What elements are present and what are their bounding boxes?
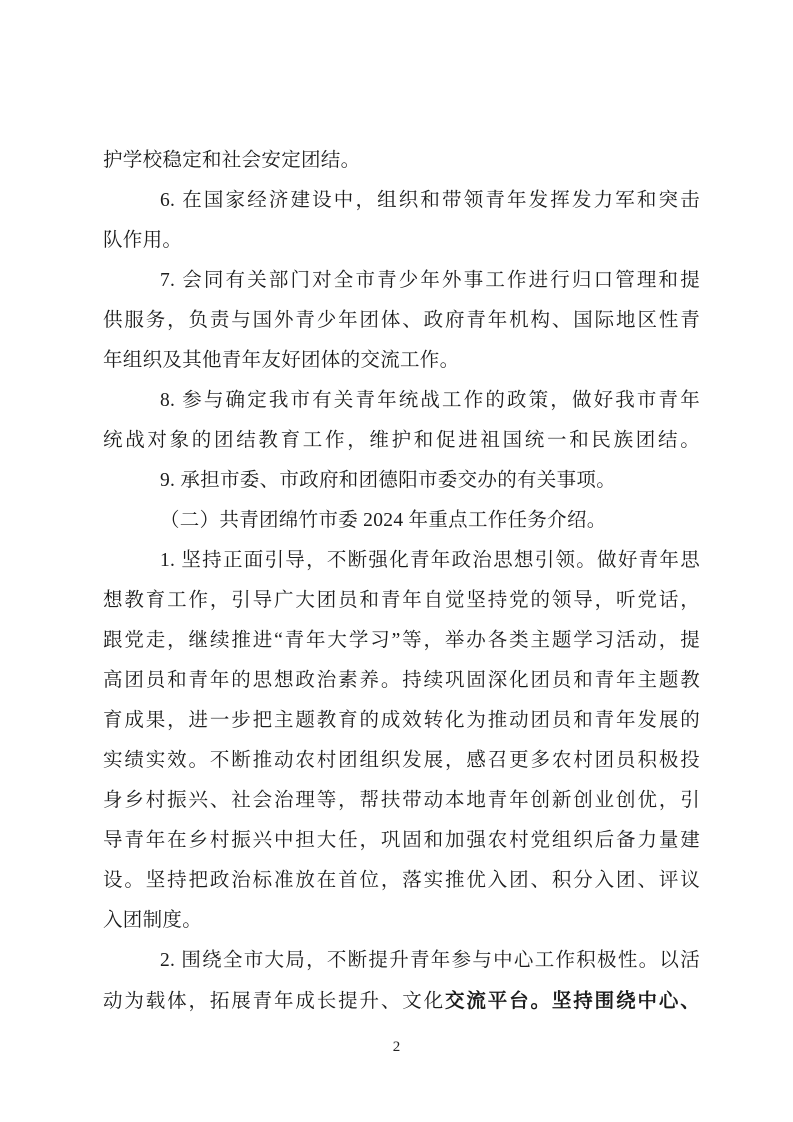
document-page: 护学校稳定和社会安定团结。6. 在国家经济建设中，组织和带领青年发挥发力军和突击… <box>0 0 793 1122</box>
text-segment: 供服务，负责与国外青少年团体、政府青年机构、国际地区性青 <box>103 310 700 331</box>
text-segment: 动为载体，拓展青年成长提升、文化 <box>103 991 445 1012</box>
text-line: 动为载体，拓展青年成长提升、文化交流平台。坚持围绕中心、 <box>103 981 700 1021</box>
text-segment: 9. 承担市委、市政府和团德阳市委交办的有关事项。 <box>160 470 616 491</box>
text-segment: 8. 参与确定我市有关青年统战工作的政策，做好我市青年 <box>160 390 700 411</box>
text-line: 7. 会同有关部门对全市青少年外事工作进行归口管理和提 <box>103 261 700 301</box>
text-line: 6. 在国家经济建设中，组织和带领青年发挥发力军和突击 <box>103 181 700 221</box>
text-line: 9. 承担市委、市政府和团德阳市委交办的有关事项。 <box>103 461 700 501</box>
text-line: 1. 坚持正面引导，不断强化青年政治思想引领。做好青年思 <box>103 541 700 581</box>
text-segment: 队作用。 <box>103 230 182 251</box>
document-text: 护学校稳定和社会安定团结。6. 在国家经济建设中，组织和带领青年发挥发力军和突击… <box>103 141 700 1021</box>
text-segment: 导青年在乡村振兴中担大任，巩固和加强农村党组织后备力量建 <box>103 830 700 851</box>
text-segment: 7. 会同有关部门对全市青少年外事工作进行归口管理和提 <box>160 270 700 291</box>
text-segment: 想教育工作，引导广大团员和青年自觉坚持党的领导，听党话， <box>103 590 700 611</box>
text-segment: 跟党走，继续推进“青年大学习”等，举办各类主题学习活动，提 <box>103 630 700 651</box>
text-line: 年组织及其他青年友好团体的交流工作。 <box>103 341 700 381</box>
text-segment: 6. 在国家经济建设中，组织和带领青年发挥发力军和突击 <box>160 190 700 211</box>
text-line: 想教育工作，引导广大团员和青年自觉坚持党的领导，听党话， <box>103 581 700 621</box>
text-segment: 身乡村振兴、社会治理等，帮扶带动本地青年创新创业创优，引 <box>103 790 700 811</box>
text-line: 统战对象的团结教育工作，维护和促进祖国统一和民族团结。 <box>103 421 700 461</box>
text-line: 供服务，负责与国外青少年团体、政府青年机构、国际地区性青 <box>103 301 700 341</box>
page-number: 2 <box>0 1036 793 1058</box>
text-segment: （二）共青团绵竹市委 2024 年重点工作任务介绍。 <box>160 510 607 531</box>
text-line: 育成果，进一步把主题教育的成效转化为推动团员和青年发展的 <box>103 701 700 741</box>
text-segment: 2. 围绕全市大局，不断提升青年参与中心工作积极性。以活 <box>160 950 700 971</box>
text-segment: 1. 坚持正面引导，不断强化青年政治思想引领。做好青年思 <box>160 550 700 571</box>
text-line: 跟党走，继续推进“青年大学习”等，举办各类主题学习活动，提 <box>103 621 700 661</box>
section-heading-line: （二）共青团绵竹市委 2024 年重点工作任务介绍。 <box>103 501 700 541</box>
text-line: 高团员和青年的思想政治素养。持续巩固深化团员和青年主题教 <box>103 661 700 701</box>
text-segment: 护学校稳定和社会安定团结。 <box>103 150 360 171</box>
text-line: 身乡村振兴、社会治理等，帮扶带动本地青年创新创业创优，引 <box>103 781 700 821</box>
text-segment: 入团制度。 <box>103 910 202 931</box>
text-line: 导青年在乡村振兴中担大任，巩固和加强农村党组织后备力量建 <box>103 821 700 861</box>
text-segment: 设。坚持把政治标准放在首位，落实推优入团、积分入团、评议 <box>103 870 700 891</box>
text-line: 2. 围绕全市大局，不断提升青年参与中心工作积极性。以活 <box>103 941 700 981</box>
text-segment: 年组织及其他青年友好团体的交流工作。 <box>103 350 459 371</box>
text-segment: 高团员和青年的思想政治素养。持续巩固深化团员和青年主题教 <box>103 670 700 691</box>
heiti-text-segment: 交流平台。坚持围绕中心、 <box>445 990 700 1012</box>
text-line: 入团制度。 <box>103 901 700 941</box>
text-line: 8. 参与确定我市有关青年统战工作的政策，做好我市青年 <box>103 381 700 421</box>
text-line: 设。坚持把政治标准放在首位，落实推优入团、积分入团、评议 <box>103 861 700 901</box>
text-line: 护学校稳定和社会安定团结。 <box>103 141 700 181</box>
text-line: 实绩实效。不断推动农村团组织发展，感召更多农村团员积极投 <box>103 741 700 781</box>
text-line: 队作用。 <box>103 221 700 261</box>
text-segment: 统战对象的团结教育工作，维护和促进祖国统一和民族团结。 <box>103 430 700 451</box>
text-segment: 实绩实效。不断推动农村团组织发展，感召更多农村团员积极投 <box>103 750 700 771</box>
text-segment: 育成果，进一步把主题教育的成效转化为推动团员和青年发展的 <box>103 710 700 731</box>
